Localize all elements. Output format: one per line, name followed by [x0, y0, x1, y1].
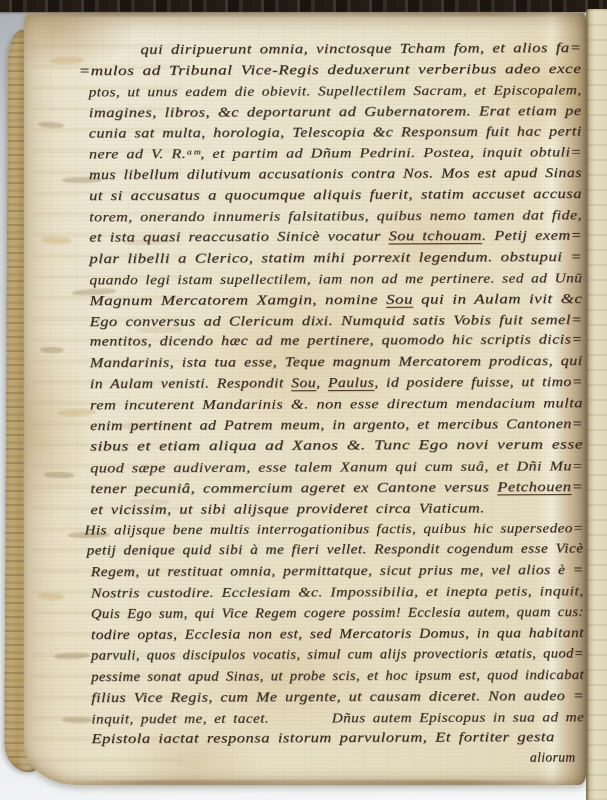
manuscript-line: qui diripuerunt omnia, vinctosque Tcham …: [88, 38, 582, 61]
manuscript-line: inquit, pudet me, et tacet. Dñus autem E…: [91, 707, 585, 730]
facing-page-edge: [586, 9, 607, 800]
underlined-word: Petchouen: [497, 479, 571, 494]
manuscript-line: Nostris custodire. Ecclesiam &c. Impossi…: [91, 581, 585, 604]
manuscript-line: Regem, ut restituat omnia, permittatque,…: [91, 560, 585, 583]
manuscript-line-ink: mus libellum dilutivum accusationis cont…: [89, 163, 582, 186]
manuscript-line: todire optas, Ecclesia non est, sed Merc…: [91, 623, 585, 646]
manuscript-line-ink: ptos, ut unus eadem die obievit. Supelle…: [89, 80, 582, 103]
manuscript-line-ink: et ista quasi reaccusatio Sinicè vocatur…: [89, 226, 582, 249]
manuscript-line: sibus et etiam aliqua ad Xanos &. Tunc E…: [90, 434, 584, 457]
manuscript-line-ink: todire optas, Ecclesia non est, sed Merc…: [91, 623, 584, 646]
show-through-mark: [44, 471, 74, 478]
manuscript-line: mentitos, dicendo hæc ad me pertinere, q…: [90, 330, 584, 353]
manuscript-line-ink: tener pecuniâ, commercium ageret ex Cant…: [90, 477, 583, 500]
manuscript-line: parvuli, quos discipulos vocatis, simul …: [91, 643, 585, 666]
manuscript-line: imagines, libros, &c deportarunt ad Gube…: [89, 101, 583, 124]
manuscript-line-ink: cunia sat multa, horologia, Telescopia &…: [89, 121, 582, 144]
manuscript-line: Magnum Mercatorem Xamgin, nomine Sou qui…: [89, 289, 583, 312]
manuscript-line-ink: et vicissim, ut sibi alijsque provideret…: [90, 498, 484, 521]
manuscript-line-ink: filius Vice Regis, cum Me urgente, ut ca…: [91, 686, 584, 709]
underlined-word: Sou: [291, 375, 316, 390]
show-through-mark: [38, 592, 64, 600]
manuscript-line-ink: enim pertinent ad Patrem meum, in argent…: [90, 414, 583, 437]
underlined-word: Paulus: [328, 375, 374, 390]
manuscript-line-ink: Epistola iactat responsa istorum parvulo…: [91, 727, 554, 750]
underlined-word: Sou tchouam: [389, 228, 482, 243]
manuscript-line-ink: imagines, libros, &c deportarunt ad Gube…: [89, 101, 582, 124]
manuscript-line-ink: petij denique quid sibi à me fieri velle…: [87, 539, 584, 562]
underlined-word: Sou: [386, 291, 413, 306]
manuscript-line-ink: ut si accusatus a quocumque aliquis fuer…: [89, 184, 582, 207]
manuscript-line-ink: inquit, pudet me, et tacet. Dñus autem E…: [91, 707, 584, 730]
show-through-mark: [54, 652, 90, 659]
manuscript-line-ink: qui diripuerunt omnia, vinctosque Tcham …: [140, 38, 581, 61]
manuscript-line-ink: quod sæpe audiveram, esse talem Xanum qu…: [90, 456, 583, 479]
manuscript-line: mus libellum dilutivum accusationis cont…: [89, 163, 583, 186]
show-through-mark: [38, 121, 64, 128]
show-through-mark: [62, 717, 92, 724]
manuscript-line-ink: Mandarinis, ista tua esse, Teque magnum …: [90, 351, 583, 374]
manuscript-line-ink: pessime sonat apud Sinas, ut probe scis,…: [91, 665, 584, 688]
manuscript-line-ink: rem incuterent Mandarinis &. non esse di…: [90, 393, 583, 416]
manuscript-line-ink: mentitos, dicendo hæc ad me pertinere, q…: [90, 330, 583, 353]
manuscript-line: petij denique quid sibi à me fieri velle…: [91, 539, 585, 562]
manuscript-line: ptos, ut unus eadem die obievit. Supelle…: [89, 80, 583, 103]
manuscript-line-ink: Quis Ego sum, qui Vice Regem cogere poss…: [91, 602, 584, 625]
manuscript-line: tener pecuniâ, commercium ageret ex Cant…: [90, 477, 584, 500]
manuscript-line: aliorum: [91, 748, 585, 771]
manuscript-line: plar libelli a Clerico, statim mihi porr…: [89, 247, 583, 270]
manuscript-page: qui diripuerunt omnia, vinctosque Tcham …: [24, 13, 586, 785]
manuscript-line: et vicissim, ut sibi alijsque provideret…: [90, 498, 584, 521]
manuscript-line: filius Vice Regis, cum Me urgente, ut ca…: [91, 686, 585, 709]
manuscript-line-ink: aliorum: [530, 748, 576, 769]
manuscript-line: Epistola iactat responsa istorum parvulo…: [91, 727, 585, 750]
manuscript-line-ink: quando legi istam supellectilem, iam non…: [89, 268, 582, 291]
scanned-page-photo: qui diripuerunt omnia, vinctosque Tcham …: [0, 0, 607, 800]
manuscript-line: et ista quasi reaccusatio Sinicè vocatur…: [89, 226, 583, 249]
manuscript-text: qui diripuerunt omnia, vinctosque Tcham …: [88, 38, 585, 782]
manuscript-line: Mandarinis, ista tua esse, Teque magnum …: [90, 351, 584, 374]
manuscript-line-ink: in Aulam venisti. Respondit Sou, Paulus,…: [90, 372, 583, 395]
manuscript-line: enim pertinent ad Patrem meum, in argent…: [90, 414, 584, 437]
manuscript-line-ink: =mulos ad Tribunal Vice-Regis deduxerunt…: [78, 59, 581, 82]
manuscript-line-ink: Magnum Mercatorem Xamgin, nomine Sou qui…: [89, 289, 582, 312]
manuscript-line: =mulos ad Tribunal Vice-Regis deduxerunt…: [88, 59, 582, 82]
show-through-mark: [42, 236, 72, 244]
manuscript-line-ink: Ego conversus ad Clericum dixi. Numquid …: [90, 310, 583, 333]
scanner-top-strip: [0, 0, 607, 12]
manuscript-line-ink: nere ad V. R.ᵃᵐ, et partim ad Dñum Pedri…: [89, 143, 582, 166]
manuscript-line: pessime sonat apud Sinas, ut probe scis,…: [91, 665, 585, 688]
manuscript-line: quando legi istam supellectilem, iam non…: [89, 268, 583, 291]
manuscript-line: nere ad V. R.ᵃᵐ, et partim ad Dñum Pedri…: [89, 143, 583, 166]
manuscript-line-ink: Regem, ut restituat omnia, permittatque,…: [91, 560, 584, 583]
manuscript-line: Ego conversus ad Clericum dixi. Numquid …: [90, 310, 584, 333]
manuscript-line-ink: sibus et etiam aliqua ad Xanos &. Tunc E…: [90, 434, 583, 457]
show-through-mark: [40, 347, 64, 353]
manuscript-line: quod sæpe audiveram, esse talem Xanum qu…: [90, 456, 584, 479]
manuscript-line: rem incuterent Mandarinis &. non esse di…: [90, 393, 584, 416]
manuscript-line-ink: plar libelli a Clerico, statim mihi porr…: [89, 247, 582, 270]
manuscript-line: Quis Ego sum, qui Vice Regem cogere poss…: [91, 602, 585, 625]
manuscript-line-ink: Nostris custodire. Ecclesiam &c. Impossi…: [91, 581, 584, 604]
manuscript-line: in Aulam venisti. Respondit Sou, Paulus,…: [90, 372, 584, 395]
manuscript-line: ut si accusatus a quocumque aliquis fuer…: [89, 184, 583, 207]
manuscript-line: cunia sat multa, horologia, Telescopia &…: [89, 121, 583, 144]
manuscript-line-ink: parvuli, quos discipulos vocatis, simul …: [91, 643, 584, 666]
